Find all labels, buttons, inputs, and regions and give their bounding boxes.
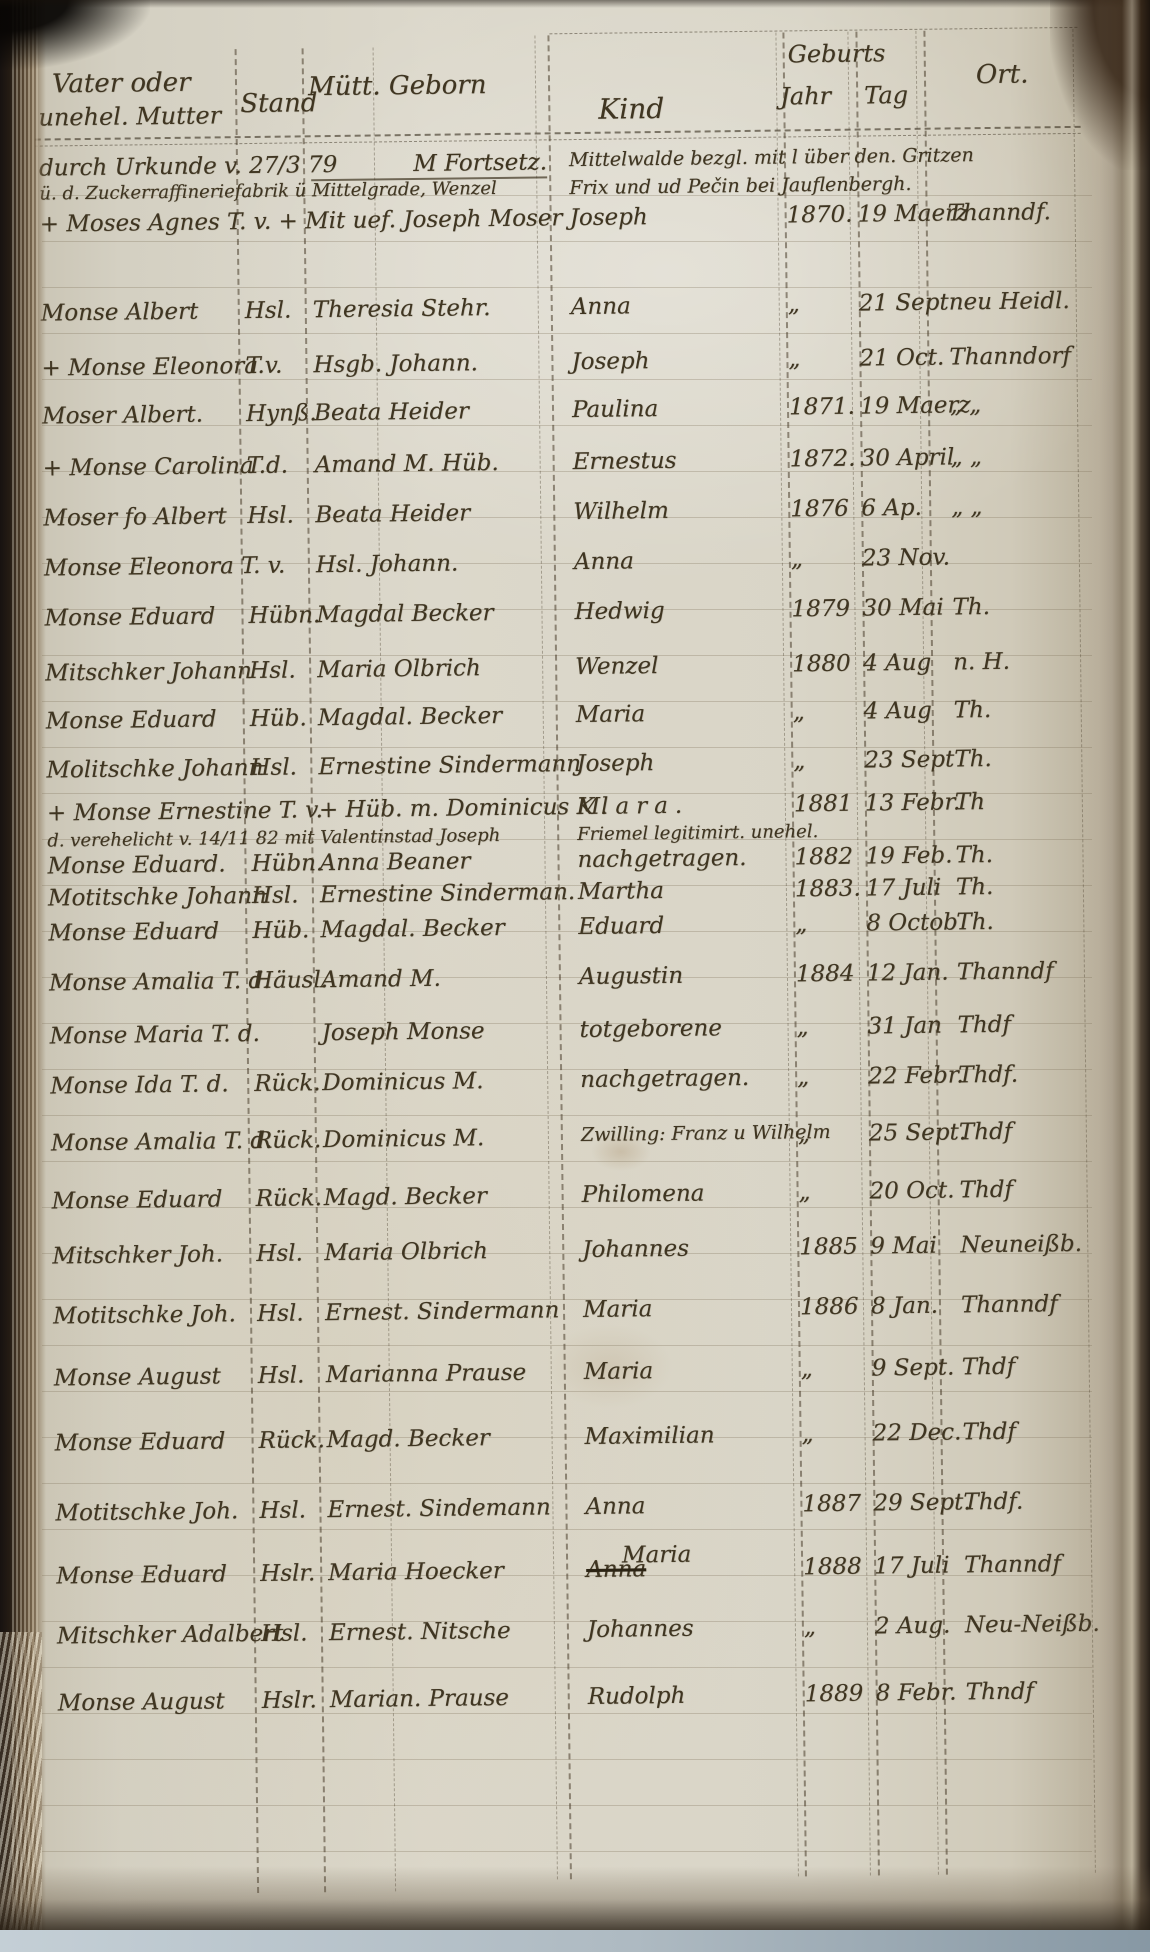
table-row: Mitschker Johann Hsl. Maria Olbrich Wenz… [0,647,1147,695]
stand-cell: T.d. [247,453,289,480]
birth-day-cell: 22 Febr. [868,1062,964,1089]
father-or-mother-cell: Monse Albert [41,299,199,327]
child-name-cell: Wilhelm [573,498,669,525]
mother-maiden-cell: Magd. Becker [326,1425,490,1453]
father-or-mother-cell: durch Urkunde v. 27/3 79 [39,152,338,182]
mother-maiden-cell: Ernest. Nitsche [329,1618,511,1646]
header-father-line2: unehel. Mutter [38,101,221,131]
birth-year-cell: „ [791,546,803,572]
birth-day-cell: 30 April [860,444,954,471]
stand-cell: Rück. [254,1070,321,1097]
stand-cell: Hsl. [247,502,294,529]
table-row: Monse Albert Hsl. Theresia Stehr. Anna „… [0,287,1143,335]
place-cell: „ „ [950,392,981,418]
birth-year-cell: 1885 [799,1234,858,1261]
place-cell: neu Heidl. [949,288,1070,315]
bottom-edge-shadow [0,1866,1150,1930]
place-cell: Th. [955,842,993,868]
birth-day-cell: 8 Febr. [876,1679,957,1706]
child-name-cell: Johannes [582,1236,689,1263]
table-row: Monse Maria T. d. Joseph Monse totgebore… [1,1010,1150,1058]
place-cell: Thdf [959,1177,1013,1204]
stand-cell: Rück. [258,1427,325,1454]
birth-year-cell: „ [793,748,805,774]
child-name-cell: totgeborene [579,1015,722,1043]
stand-cell: Hslr. [262,1687,317,1714]
birth-day-cell: 9 Mai [870,1233,937,1260]
father-or-mother-cell: Monse Eduard [46,706,217,734]
stand-cell: Hsl. [259,1497,306,1524]
child-name-cell: nachgetragen. [580,1065,749,1093]
father-or-mother-cell: Monse Eduard [54,1428,225,1456]
table-row: Motitschke Joh. Hsl. Ernest. Sindemann A… [7,1487,1150,1535]
child-name-cell: Zwilling: Franz u Wilhelm [581,1121,831,1146]
father-or-mother-cell: ü. d. Zuckerraffineriefabrik ü Mittelgra… [39,178,497,205]
mother-maiden-cell: Magdal. Becker [320,915,505,943]
birth-year-cell: 1886 [800,1294,859,1321]
header-child: Kind [598,92,664,126]
father-or-mother-cell: Mitschker Adalbert [57,1621,284,1650]
table-row: Monse Eduard Hübn. Magdal Becker Hedwig … [0,592,1147,640]
child-name-cell: AnnaMaria [586,1555,716,1583]
table-row: Monse Amalia T. d. Rück. Dominicus M. Zw… [3,1117,1150,1165]
mother-maiden-cell: Hsgb. Johann. [313,350,478,378]
father-or-mother-cell: Monse Eduard [48,918,219,946]
father-or-mother-cell: Monse Eduard. [47,851,225,879]
top-rule [549,27,1077,34]
father-or-mother-cell: Monse Amalia T. d. [49,968,271,997]
mother-maiden-cell: Marianna Prause [326,1360,527,1388]
mother-maiden-cell: M Fortsetz. [311,149,547,181]
birth-day-cell: 30 Mai [862,595,944,622]
father-or-mother-cell: Monse Ida T. d. [50,1071,229,1099]
mother-maiden-cell: Ernest. Sindemann [327,1494,551,1523]
mother-maiden-cell: + Hüb. m. Dominicus M. [319,794,608,824]
place-cell: Thdf [962,1354,1016,1381]
child-name-cell: Anna [585,1493,645,1520]
place-cell: Thndf [966,1679,1035,1706]
mother-maiden-cell: Ernestine Sindermann [318,751,581,780]
birth-day-cell: 21 Sept [859,289,949,316]
place-cell: Thanndf [957,958,1054,985]
birth-day-cell: 13 Febr. [865,789,961,816]
father-or-mother-cell: d. verehelicht v. 14/11 82 mit Valentins… [47,825,500,852]
father-or-mother-cell: Monse Amalia T. d. [51,1128,273,1157]
birth-year-cell: „ [795,911,807,937]
child-name-cell: Ernestus [572,448,676,475]
child-name-cell: Wenzel [575,653,659,680]
father-or-mother-cell: Mitschker Joh. [52,1241,223,1269]
place-cell: „ „ [950,444,981,470]
birth-day-cell: 8 Octob [866,909,958,936]
mother-maiden-cell: Beata Heider [314,398,469,426]
child-name-cell: Paulina [572,396,659,423]
birth-year-cell: „ [797,1064,809,1090]
father-or-mother-cell: Monse Eleonora T. v. [44,553,286,582]
stand-cell: Hsl. [250,754,297,781]
stand-cell: Hynß. [246,400,317,427]
child-name-cell: Anna [574,548,634,575]
birth-day-cell: 9 Sept. [872,1354,955,1381]
header-birth: Geburts [788,39,886,68]
mother-maiden-cell: Amand M. [321,966,441,993]
birth-day-cell: 4 Aug [863,650,931,677]
place-cell: Thdf. [958,1062,1018,1089]
birth-day-cell: 12 Jan. [867,960,949,987]
right-page-curve [1078,0,1150,1952]
birth-year-cell: 1871. [789,394,855,421]
mother-maiden-cell: Magdal. Becker [318,703,503,731]
header-day: Tag [864,81,908,110]
place-cell: Th. [952,594,990,620]
table-row: + Monse Eleonora T.v. Hsgb. Johann. Jose… [0,342,1144,390]
mother-maiden-cell: Ernest. Sindermann [325,1297,560,1326]
birth-year-cell: 1889 [805,1681,864,1708]
place-cell: Th. [956,909,994,935]
mother-maiden-cell: Joseph Monse [321,1018,484,1046]
birth-year-cell: „ [801,1421,813,1447]
table-row: Mitschker Joh. Hsl. Maria Olbrich Johann… [4,1230,1150,1278]
birth-year-cell: „ [798,1121,810,1147]
dark-corner-top-left [0,0,150,70]
stand-cell: Hübn. [251,850,323,877]
place-cell: Thdf [962,1419,1016,1446]
father-or-mother-cell: Moser Albert. [42,402,203,430]
birth-year-cell: 1880 [792,651,851,678]
child-name-cell: Johannes [587,1616,694,1643]
child-name-cell: Friemel legitimirt. unehel. [577,821,818,845]
table-row: Mitschker Adalbert Hsl. Ernest. Nitsche … [9,1610,1150,1658]
father-or-mother-cell: Monse Eduard [44,603,215,631]
birth-year-cell: „ [804,1614,816,1640]
birth-day-cell: 29 Sept. [873,1489,971,1516]
birth-day-cell: 21 Oct. [859,345,944,372]
birth-year-cell: 1883. [795,876,861,903]
father-or-mother-cell: + Monse Carolina [43,453,254,482]
birth-day-cell: 25 Sept. [869,1119,967,1146]
place-cell: Th. [954,697,992,723]
place-cell: Th [955,789,985,815]
birth-year-cell: 1872. [789,446,855,473]
stand-cell: Hsl. [249,657,296,684]
table-row: Monse Eduard Hüb. Magdal. Becker Maria „… [0,695,1148,743]
birth-day-cell: 17 Juli [866,875,942,902]
birth-year-cell: „ [793,699,805,725]
stand-cell: T.v. [245,353,282,379]
mother-maiden-cell: Theresia Stehr. [313,295,491,323]
birth-year-cell: 1879 [791,596,850,623]
table-row: Monse Eduard Rück. Magd. Becker Maximili… [6,1417,1150,1465]
place-cell: Th. [956,874,994,900]
table-row: Moser Albert. Hynß. Beata Heider Paulina… [0,390,1144,438]
mother-maiden-cell: Anna Beaner [319,848,470,876]
stand-cell: Hsl. [256,1240,303,1267]
father-or-mother-cell: + Monse Ernestine T. v. [47,797,323,826]
mother-maiden-cell: Hsl. Johann. [316,550,459,578]
birth-day-cell: 2 Aug. [875,1613,951,1640]
birth-day-cell: 17 Juli [874,1553,950,1580]
table-row: Monse Eleonora T. v. Hsl. Johann. Anna „… [0,542,1146,590]
table-row: Monse Eduard Hslr. Maria Hoecker AnnaMar… [8,1550,1150,1598]
child-name-cell: Mittelwalde bezgl. mit l über den. Gritz… [569,144,974,171]
mother-maiden-cell: Ernestine Sinderman. [320,879,576,908]
mother-maiden-cell: Maria Hoecker [328,1558,504,1586]
stand-cell: Hsl. [245,298,292,325]
child-name-cell: Rudolph [588,1683,686,1710]
child-name-cell: Hedwig [574,598,664,625]
register-page-scan: Vater oder unehel. Mutter Stand Mütt. Ge… [0,0,1150,1952]
stand-cell: Häusl. [253,967,328,994]
table-row: Monse August Hslr. Marian. Prause Rudolp… [10,1677,1150,1725]
birth-day-cell: 6 Ap. [861,495,922,522]
table-row: Monse Eduard Rück. Magd. Becker Philomen… [3,1175,1150,1223]
mother-maiden-cell: Dominicus M. [323,1125,485,1153]
child-name-cell: Eduard [578,913,664,940]
table-row: Monse Ida T. d. Rück. Dominicus M. nachg… [2,1060,1150,1108]
child-name-cell: nachgetragen. [577,845,746,873]
child-name-cell: Anna [571,293,631,320]
header-father-line1: Vater oder [52,68,191,100]
child-name-cell: Klara. [577,793,690,820]
stand-cell: Rück. [255,1185,322,1212]
birth-day-cell: 8 Jan. [871,1293,938,1320]
birth-day-cell: 22 Dec. [872,1419,961,1446]
birth-year-cell: 1876 [790,496,849,523]
stand-cell: Hsl. [252,882,299,909]
mother-maiden-cell: Marian. Prause [330,1685,509,1713]
father-or-mother-cell: Monse Eduard [56,1561,227,1589]
father-or-mother-cell: Molitschke Johann [46,755,263,784]
birth-day-cell: 23 Sept [864,746,954,773]
place-cell: Thdf [959,1119,1013,1146]
page-content: Vater oder unehel. Mutter Stand Mütt. Ge… [0,0,1150,1952]
father-or-mother-cell: Motitschke Joh. [55,1498,238,1526]
place-cell: n. H. [953,649,1010,676]
stand-cell: Hsl. [257,1300,304,1327]
table-row: Moser fo Albert Hsl. Beata Heider Wilhel… [0,492,1145,540]
child-name-cell: Philomena [581,1181,704,1208]
child-name-cell: Maria [576,701,646,728]
child-name-cell: Maximilian [584,1422,714,1450]
child-name-cell: Maria [583,1296,653,1323]
place-cell: Thdf. [963,1489,1023,1516]
birth-day-cell: 23 Nov. [862,544,950,571]
stand-cell: Hüb. [250,705,307,732]
birth-year-cell: 1881 [794,791,853,818]
place-cell: Thanndf [961,1291,1058,1318]
table-row: + Monse Carolina T.d. Amand M. Hüb. Erne… [0,442,1145,490]
birth-year-cell: 1882 [794,844,853,871]
father-or-mother-cell: Monse Maria T. d. [49,1021,260,1050]
child-name-cell: Joseph [576,750,654,777]
stand-cell: Rück. [255,1127,322,1154]
father-or-mother-cell: Monse August [54,1363,221,1391]
birth-year-cell: „ [788,291,800,317]
father-or-mother-cell: + Monse Eleonora [41,353,258,382]
father-or-mother-cell: Mitschker Johann [45,658,252,687]
mother-maiden-cell: Magdal Becker [316,600,493,628]
birth-year-cell: 1887 [802,1491,861,1518]
place-cell: Thanndf. [947,199,1051,226]
table-row: Monse August Hsl. Marianna Prause Maria … [6,1352,1150,1400]
birth-year-cell: 1870. [786,202,852,229]
birth-year-cell: „ [796,1014,808,1040]
mother-maiden-cell: Maria Olbrich [324,1238,488,1266]
child-name-cell: Martha [578,878,664,905]
stand-cell: Hsl. [258,1362,305,1389]
place-cell: Th. [954,746,992,772]
child-name-cell: Joseph [570,204,648,231]
mother-maiden-cell: Dominicus M. [322,1068,484,1096]
header-place: Ort. [976,59,1029,90]
birth-day-cell: 4 Aug [864,698,932,725]
mother-maiden-cell: Beata Heider [315,500,470,528]
father-or-mother-cell: Motitschke Johann [48,883,267,912]
birth-year-cell: „ [798,1179,810,1205]
father-or-mother-cell: Monse Eduard [51,1186,222,1214]
header-stand: Stand [240,88,318,119]
place-cell: Thanndorf [949,343,1071,370]
child-name-cell: Maria [584,1358,654,1385]
birth-day-cell: 31 Jan [867,1013,942,1040]
birth-year-cell: 1884 [796,961,855,988]
stand-cell: Hsl. [261,1620,308,1647]
mother-maiden-cell: Magd. Becker [323,1183,487,1211]
place-cell: Thdf [957,1012,1011,1039]
birth-year-cell: „ [801,1356,813,1382]
top-edge-shadow [0,0,1150,8]
table-row: Molitschke Johann Hsl. Ernestine Sinderm… [0,744,1149,792]
mother-maiden-cell: Amand M. Hüb. [315,450,499,478]
table-row: Motitschke Joh. Hsl. Ernest. Sindermann … [5,1290,1150,1338]
father-or-mother-cell: + Moses Agnes T. v. + Mit uef. Joseph Mo… [40,205,563,237]
stand-cell: Hslr. [260,1560,315,1587]
header-mother: Mütt. Geborn [308,70,487,102]
birth-day-cell: 19 Feb. [865,842,952,869]
father-or-mother-cell: Moser fo Albert [43,503,227,531]
place-cell: Thanndf [964,1551,1061,1578]
scanner-background-strip [0,1930,1150,1952]
child-name-cell: Joseph [571,348,649,375]
birth-year-cell: „ [788,346,800,372]
child-name-cell: Frix und ud Pečin bei Jauflenbergh. [569,173,911,199]
birth-day-cell: 20 Oct. [869,1177,954,1204]
birth-year-cell: 1888 [803,1554,862,1581]
header-year: Jahr [780,82,831,111]
place-cell: „ „ [951,494,982,520]
stand-cell: Hübn. [248,602,320,629]
father-or-mother-cell: Monse August [58,1688,225,1716]
father-or-mother-cell: Motitschke Joh. [53,1301,236,1329]
stand-cell: Hüb. [252,917,309,944]
table-row: Monse Amalia T. d. Häusl. Amand M. Augus… [1,957,1150,1005]
child-name-cell: Augustin [579,963,683,990]
mother-maiden-cell: Maria Olbrich [317,655,481,683]
place-cell: Neuneißb. [960,1231,1082,1258]
